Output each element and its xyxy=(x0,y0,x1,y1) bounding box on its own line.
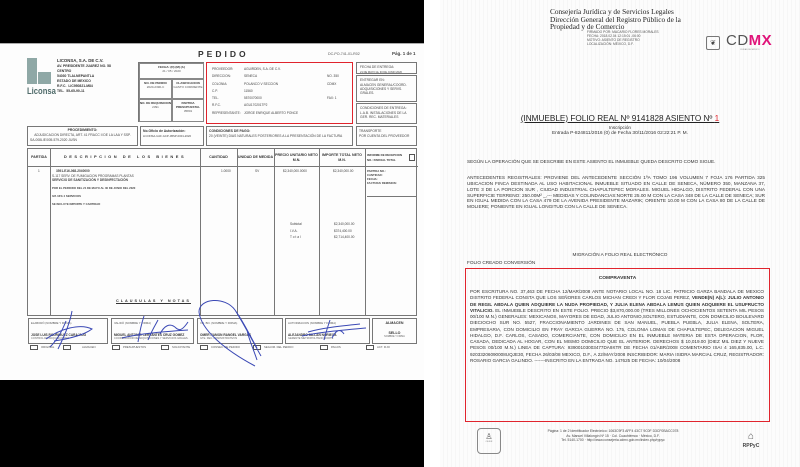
registry-building-icon: ⌂ xyxy=(736,431,766,443)
field-value: AGUIRDEN, S.A. DE C.V. xyxy=(244,66,327,73)
totals-labels: Subtotal I.V.A. T o t a l xyxy=(290,221,302,241)
signature-role: ELABORÓ (NOMBRE Y FIRMA) xyxy=(31,321,105,325)
tel-label: TEL. xyxy=(57,89,64,93)
row-unidad: SV xyxy=(255,169,259,173)
copy-checkbox[interactable]: ACT. FIJO xyxy=(366,345,390,350)
form-code: DC-PO-741-01-R02 xyxy=(328,52,360,56)
col-header-partida: PARTIDA xyxy=(28,149,50,167)
col-header-importe: IMPORTE TOTAL NETO M.N. xyxy=(319,149,365,167)
checkbox-icon[interactable] xyxy=(161,345,169,350)
field-extra: FAX: 1 xyxy=(327,95,347,102)
cdmx-logo-sub: CIUDAD DE MÉXICO xyxy=(740,49,759,51)
signature-position: COORDINADOR DE ADQUISICIONES Y SERVICIOS… xyxy=(114,337,191,341)
folio-title-text: (INMUEBLE) FOLIO REAL Nº 9141828 ASIENTO… xyxy=(521,114,715,123)
col-header-informe: INFORME DE RECEPCION No.: PARCIAL TOTAL xyxy=(365,149,418,167)
row-desc-line: POR EL PERIODO DEL 21 DE MAYO AL 30 DE J… xyxy=(52,186,135,190)
field-label: REPRESENTANTE: xyxy=(212,110,244,117)
proveedor-row: R.F.C.AGU170201TP2 xyxy=(212,102,347,109)
field-extra xyxy=(327,88,347,95)
migracion-heading: MIGRACIÓN A FOLIO REAL ELECTRÓNICO xyxy=(440,252,800,257)
intro-paragraph: SEGÚN LA OPERACIÓN QUE SE DESCRIBE EN ES… xyxy=(467,159,765,165)
field-label: C.P. xyxy=(212,88,244,95)
checkbox-icon[interactable] xyxy=(366,345,374,350)
field-value: SENECA xyxy=(244,73,327,80)
entregar-en-box: ENTREGAR EN: ALMACEN GENERAL/COORD. ADQU… xyxy=(356,75,417,102)
field-extra xyxy=(327,110,347,117)
sello-sub: NOMBRE Y FIRMA xyxy=(373,335,416,338)
proveedor-row: PROVEEDOR:AGUIRDEN, S.A. DE C.V. xyxy=(212,66,347,73)
partida-presupuestal-label: PARTIDA PRESUPUESTAL xyxy=(173,100,203,109)
copy-label: SOLICITANTE xyxy=(172,345,190,349)
signature-position: GERENTE METROPOLITANO NORTE xyxy=(288,337,367,341)
oficio-value: LICONSA-UAF-GCP-JBSP-0001-2020 xyxy=(143,134,201,139)
footer-line: Tel. 5140-1700 · http://www.consejeria.c… xyxy=(513,438,713,443)
field-extra xyxy=(327,102,347,109)
row-desc-line: SERVICIO DE SANITIZACIÓN Y DESINFECTACIÓ… xyxy=(52,178,128,182)
col-header-precio: PRECIO UNITARIO NETO M.N. xyxy=(274,149,319,167)
tel-value: 55-65-90-11 xyxy=(66,89,84,93)
totals-values: $2,340,000.00 $374,400.00 $2,714,400.00 xyxy=(334,221,354,241)
signature-role: AUTORIZACION (NOMBRE Y FIRMA) xyxy=(288,321,367,325)
requisicion-value: 2391 xyxy=(140,105,171,109)
proveedor-row: DIRECCION:SENECANo. 350 xyxy=(212,73,347,80)
total-value: $2,714,400.00 xyxy=(334,234,354,241)
asiento-number: 1 xyxy=(715,114,720,123)
field-label: DIRECCION: xyxy=(212,73,244,80)
clausulas-heading: CLAUSULAS Y NOTAS xyxy=(116,299,191,303)
copy-label: PAGOS xyxy=(331,345,341,349)
field-label: COLONIA: xyxy=(212,81,244,88)
page-indicator: Pág. 1 de 1 xyxy=(392,51,416,56)
field-label: R.F.C. xyxy=(212,102,244,109)
checkbox-icon[interactable] xyxy=(112,345,120,350)
rfc-value: LIC950821-M84 xyxy=(68,84,93,88)
footer-info: Página: 1 de 2 Identificador Electrónico… xyxy=(513,429,713,443)
partida-presupuestal-value: 35801 xyxy=(173,109,203,113)
col-header-cantidad: CANTIDAD xyxy=(200,149,237,167)
checkbox-icon[interactable] xyxy=(320,345,328,350)
row-desc-line: IVA 16% 4 SERVICIOS xyxy=(52,194,81,198)
pedido-number-value: 2020-2390-C xyxy=(140,85,171,89)
logo-mx: MX xyxy=(749,32,773,49)
rppyc-logo-text: RPPyC xyxy=(736,443,766,449)
cejur-logo-icon: ♙CEJUR xyxy=(477,428,501,454)
copy-label: PRESUPUESTOS xyxy=(123,345,146,349)
firma-line: Localización: México, D.F. xyxy=(587,42,659,46)
rppyc-logo: ⌂ RPPyC xyxy=(736,431,766,449)
procedimiento-sub: SA-008LIE/005-579-2020 JUSN xyxy=(30,138,135,143)
checkbox-icon[interactable] xyxy=(63,345,71,350)
document-title: PEDIDO xyxy=(198,49,249,59)
antecedentes-paragraph: ANTECEDENTES REGISTRALES: PROVIENE DEL A… xyxy=(467,175,765,210)
entregar-en-value: ALMACEN GENERAL/COORD. ADQUISICIONES Y S… xyxy=(360,83,413,95)
digital-signature-info: Firmado por: MACARIO FLORES MORALES Fech… xyxy=(587,30,659,46)
checkbox-icon[interactable] xyxy=(200,345,208,350)
logo-text: Liconsa xyxy=(27,86,56,96)
city-seal-icon: ❦ xyxy=(706,36,720,50)
total-label: T o t a l xyxy=(290,234,302,241)
recepcion-info: PARTIDA No.: CANTIDAD: FECHA: FACTURA/ R… xyxy=(367,169,417,197)
cejur-logo-text: CEJUR xyxy=(478,441,500,443)
informe-checkbox-icon[interactable] xyxy=(409,154,415,161)
field-value: 11560 xyxy=(244,88,327,95)
fecha-value: 21 / 05 / 2020 xyxy=(140,69,203,73)
signature-role: VALIDÓ (NOMBRE Y FIRMA) xyxy=(114,321,191,325)
condiciones-entrega-value: L.A.B. INSTALACIONES DE LA GER. REC. MAT… xyxy=(360,111,413,119)
proveedor-row: C.P.11560 xyxy=(212,88,347,95)
row-desc-line: SE INCLUYE IMPORTE Y CANTIDAD xyxy=(52,202,100,206)
fecha-entrega-box: FECHA DE ENTREGA: 21 DE MAYO AL 30 DE JU… xyxy=(356,62,417,74)
copy-label: ORIGINAL xyxy=(41,345,54,349)
field-value: POLANCO V SECCION xyxy=(244,81,327,88)
transporte-value: POR CUENTA DEL PROVEEDOR xyxy=(359,134,414,139)
signature-position: CONTROL DE ADQUISICIONES xyxy=(31,337,105,341)
proveedor-row: REPRESENTANTE:JORGE ENRIQUE ALBERTO PONC… xyxy=(212,110,347,117)
field-value: 5570070000 xyxy=(244,95,327,102)
inscripcion-label: Inscripción xyxy=(440,125,800,130)
pedido-image-panel: PEDIDO DC-PO-741-01-R02 Pág. 1 de 1 Lico… xyxy=(0,0,424,467)
compraventa-title: COMPRAVENTA xyxy=(466,276,769,281)
field-extra xyxy=(327,66,347,73)
proveedor-row: COLONIA:POLANCO V SECCIONCDMX xyxy=(212,81,347,88)
condiciones-pago-box: CONDICIONES DE PAGO: 20 (VEINTE) DIAS NA… xyxy=(206,126,353,146)
order-header-grid: FECHA: (D) (M) (A) 21 / 05 / 2020 No. DE… xyxy=(138,62,204,122)
company-info: LICONSA, S.A. DE C.V. AV. PRESIDENTE JUA… xyxy=(57,58,137,94)
cdmx-logo: CDMX xyxy=(726,32,772,49)
proveedor-row: TEL.5570070000FAX: 1 xyxy=(212,95,347,102)
signature-box-elaboro: ELABORÓ (NOMBRE Y FIRMA) JOSE LUIS RODRI… xyxy=(28,318,108,344)
proveedor-highlight-box: PROVEEDOR:AGUIRDEN, S.A. DE C.V. DIRECCI… xyxy=(206,62,353,124)
procedimiento-box: PROCEDIMIENTO: ADJUDICACION DIRECTA, ART… xyxy=(27,126,138,146)
transporte-box: TRANSPORTE POR CUENTA DEL PROVEEDOR xyxy=(356,126,417,146)
items-table: PARTIDA DESCRIPCION DE LOS BIENES CANTID… xyxy=(27,148,417,316)
copy-checkbox[interactable]: PRESUPUESTOS xyxy=(112,345,146,350)
signature-box-valido: VALIDÓ (NOMBRE Y FIRMA) MIGUEL ANTONIO C… xyxy=(111,318,194,344)
copy-checkbox[interactable]: SEGUIM. DEL PEDIDO xyxy=(253,345,293,350)
col-header-unidad: UNIDAD DE MEDIDA xyxy=(237,149,274,167)
row-cantidad: 1.0000 xyxy=(221,169,231,173)
row-precio: $2,340,000.0000 xyxy=(283,169,307,173)
field-extra: CDMX xyxy=(327,81,347,88)
compraventa-body: POR ESCRITURA NO. 37,463 DE FECHA 12/MAR… xyxy=(470,289,764,364)
col-header-descripcion: DESCRIPCION DE LOS BIENES xyxy=(50,149,200,167)
condiciones-entrega-box: CONDICIONES DE ENTREGA: L.A.B. INSTALACI… xyxy=(356,103,417,124)
issuing-organization: Consejería Jurídica y de Servicios Legal… xyxy=(550,8,681,31)
copy-label: SEGUIM. DEL PEDIDO xyxy=(264,345,293,349)
field-extra: No. 350 xyxy=(327,73,347,80)
row-desc-line: 3591-E16-068-2040000 xyxy=(56,169,90,173)
copy-checkbox[interactable]: SOLICITANTE xyxy=(161,345,190,350)
entrada-line: Entrada P-824811/2016 (0) de Fecha 30/11… xyxy=(440,131,800,136)
folio-creado-label: FOLIO CREADO CONVERSIÓN xyxy=(467,260,535,265)
compraventa-highlight-box: COMPRAVENTA POR ESCRITURA NO. 37,463 DE … xyxy=(465,268,770,422)
signature-box-autorizacion: AUTORIZACION (NOMBRE Y FIRMA) ALEJANDRO … xyxy=(285,318,370,344)
row-partida: 1 xyxy=(38,169,40,173)
checkbox-icon[interactable] xyxy=(253,345,261,350)
condiciones-pago-value: 20 (VEINTE) DIAS NATURALES POSTERIORES A… xyxy=(209,134,350,139)
folio-real-document: Consejería Jurídica y de Servicios Legal… xyxy=(440,0,800,467)
signature-box-vobo: Vo. Bo. (NOMBRE Y FIRMA) OMER RAMON RANG… xyxy=(197,318,283,344)
copy-checkbox[interactable]: ALMACEN xyxy=(63,345,96,350)
subtotal-value: $2,340,000.00 xyxy=(334,221,354,228)
copy-distribution-row: ORIGINAL ALMACEN PRESUPUESTOS SOLICITANT… xyxy=(30,345,420,351)
signature-role: Vo. Bo. (NOMBRE Y FIRMA) xyxy=(200,321,280,325)
recepcion-label: FACTURA/ REMISION: xyxy=(367,181,417,185)
pedido-document: PEDIDO DC-PO-741-01-R02 Pág. 1 de 1 Lico… xyxy=(0,43,424,380)
folio-title: (INMUEBLE) FOLIO REAL Nº 9141828 ASIENTO… xyxy=(440,114,800,123)
copy-checkbox[interactable]: CONSEC. DE PEDIDO xyxy=(197,345,240,350)
field-value: AGU170201TP2 xyxy=(244,102,327,109)
copy-checkbox[interactable]: PAGOS xyxy=(320,345,341,350)
clasificacion-value: GASTO CORRIENTE xyxy=(173,85,203,89)
informe-label: INFORME DE RECEPCION No.: PARCIAL TOTAL xyxy=(367,153,405,162)
field-value: JORGE ENRIQUE ALBERTO PONCE xyxy=(244,110,327,117)
row-importe: $2,340,000.00 xyxy=(333,169,353,173)
checkbox-icon[interactable] xyxy=(30,345,38,350)
signature-position: GTE. REC. ADMINISTRATIVOS xyxy=(200,337,280,341)
field-label: TEL. xyxy=(212,95,244,102)
copy-label: ACT. FIJO xyxy=(377,345,390,349)
logo-cd: CD xyxy=(726,32,749,49)
subtotal-label: Subtotal xyxy=(290,221,302,228)
compraventa-text: EL INMUEBLE DESCRITO EN ESTE FOLIO. PREC… xyxy=(470,308,764,363)
oficio-box: No.Oficio de Autorización: LICONSA-UAF-G… xyxy=(140,126,204,146)
rfc-label: R.F.C. xyxy=(57,84,66,88)
almacen-box: ALMACEN SELLO NOMBRE Y FIRMA xyxy=(372,318,417,344)
copy-label: ALMACEN xyxy=(82,345,96,349)
copy-checkbox[interactable]: ORIGINAL xyxy=(30,345,54,350)
field-label: PROVEEDOR: xyxy=(212,66,244,73)
almacen-title: ALMACEN xyxy=(373,321,416,325)
liconsa-logo-icon xyxy=(27,58,53,86)
copy-label: CONSEC. DE PEDIDO xyxy=(211,345,240,349)
